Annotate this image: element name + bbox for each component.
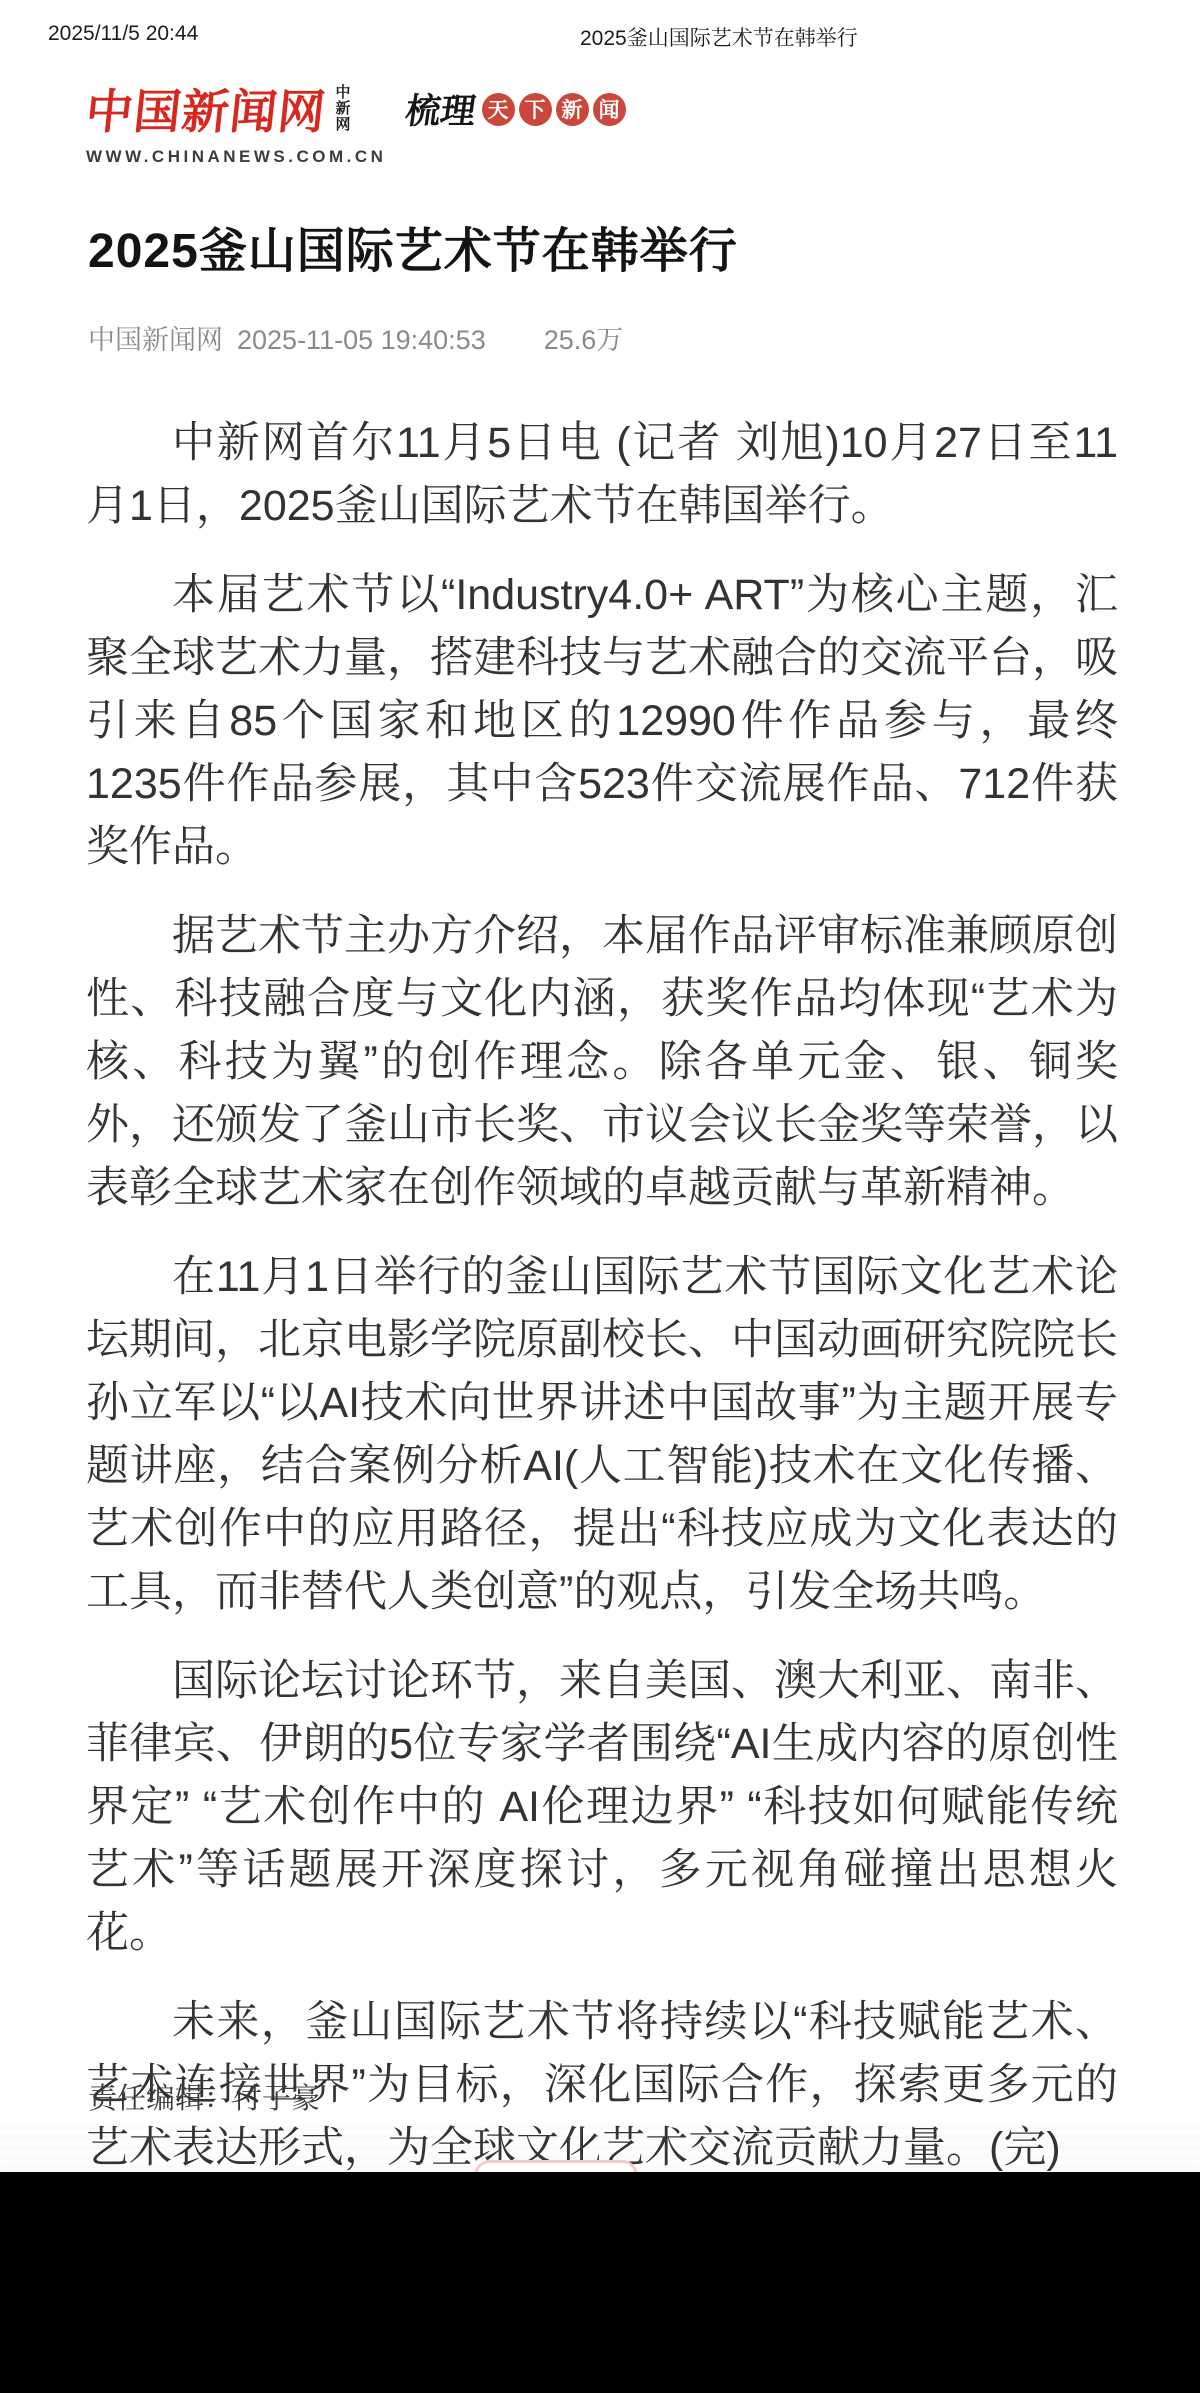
print-timestamp: 2025/11/5 20:44 <box>48 22 198 46</box>
read-count: 25.6万 <box>544 318 624 357</box>
chinanews-logo-vertical-caption: 中新网 <box>333 84 350 136</box>
article-byline: 中国新闻网 2025-11-05 19:40:53 25.6万 <box>88 318 623 357</box>
screenshot-letterbox <box>0 2172 1200 2393</box>
article-source: 中国新闻网 <box>88 318 223 357</box>
article-paragraph: 据艺术节主办方介绍，本届作品评审标准兼顾原创性、科技融合度与文化内涵，获奖作品均… <box>86 905 1118 1220</box>
slogan-prefix: 梳理 <box>402 84 479 134</box>
editor-credit: 责任编辑：付子豪 <box>88 2076 320 2117</box>
print-doc-title: 2025釜山国际艺术节在韩举行 <box>580 22 858 52</box>
article-paragraph: 中新网首尔11月5日电 (记者 刘旭)10月27日至11月1日，2025釜山国际… <box>86 412 1118 538</box>
slogan-circle-badges: 天下新闻 <box>482 93 626 126</box>
slogan-logo: 梳理 天下新闻 <box>406 84 626 136</box>
article-paragraph: 国际论坛讨论环节，来自美国、澳大利亚、南非、菲律宾、伊朗的5位专家学者围绕“AI… <box>86 1650 1118 1965</box>
slogan-circle: 新 <box>556 93 589 126</box>
article-datetime: 2025-11-05 19:40:53 <box>237 325 486 356</box>
chinanews-logo: 中国新闻网 <box>83 87 328 136</box>
site-url: WWW.CHINANEWS.COM.CN <box>86 147 626 167</box>
slogan-circle: 天 <box>482 93 515 126</box>
slogan-circle: 闻 <box>593 93 626 126</box>
print-page: 2025/11/5 20:44 2025釜山国际艺术节在韩举行 中国新闻网 中新… <box>0 0 1200 2393</box>
brand-row: 中国新闻网 中新网 梳理 天下新闻 <box>86 84 626 136</box>
article-paragraph: 本届艺术节以“Industry4.0+ ART”为核心主题，汇聚全球艺术力量，搭… <box>86 564 1118 879</box>
article-title: 2025釜山国际艺术节在韩举行 <box>88 212 738 281</box>
site-masthead: 中国新闻网 中新网 梳理 天下新闻 WWW.CHINANEWS.COM.CN <box>86 84 626 167</box>
article-body: 中新网首尔11月5日电 (记者 刘旭)10月27日至11月1日，2025釜山国际… <box>86 412 1118 2206</box>
article-paragraph: 在11月1日举行的釜山国际艺术节国际文化艺术论坛期间，北京电影学院原副校长、中国… <box>86 1246 1118 1624</box>
slogan-circle: 下 <box>519 93 552 126</box>
